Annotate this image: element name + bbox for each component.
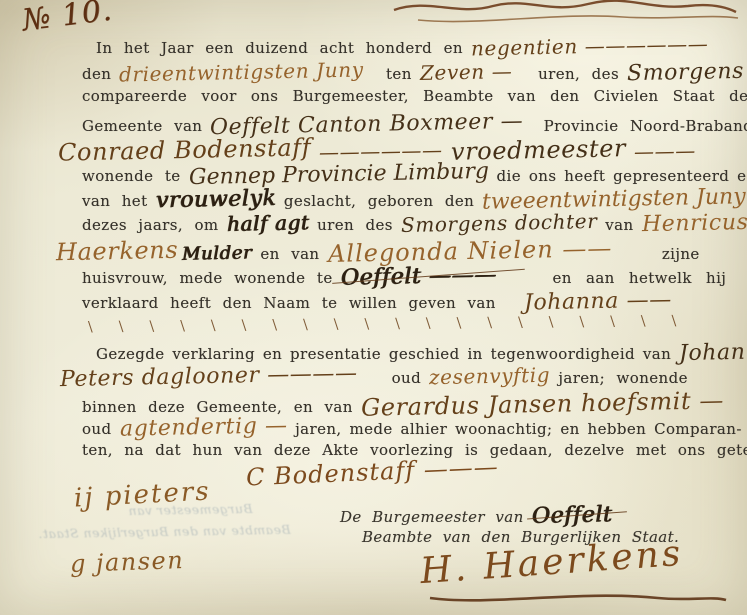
- act-line-2: den drieentwintigsten Juny ten Zeven — u…: [82, 60, 744, 85]
- closing-line-1: De Burgemeester van Oeffelt: [340, 503, 612, 528]
- printed-wonende-te: wonende te: [82, 167, 181, 185]
- written-daypart: Smorgens: [627, 59, 745, 86]
- act-line-4: Gemeente van Oeffelt Canton Boxmeer — Pr…: [82, 112, 747, 137]
- act-line-15: binnen deze Gemeente, en van Gerardus Ja…: [82, 390, 724, 418]
- written-father-surname: Haerkens: [56, 236, 179, 267]
- act-line-7: van het vrouwelyk geslacht, geboren den …: [82, 187, 746, 212]
- act-line-8: dezes jaars, om half agt uren des Smorge…: [82, 211, 747, 236]
- written-sex: vrouwelyk: [155, 186, 276, 214]
- written-year: negentien ——————: [471, 32, 709, 61]
- act-line-14: Peters daglooner ———— oud zesenvyftig ja…: [60, 364, 688, 389]
- written-daypart-child: Smorgens dochter: [401, 209, 598, 237]
- act-line-5: Conraed Bodenstaff —————— vroedmeester —…: [58, 136, 696, 164]
- act-line-13: Gezegde verklaring en presentatie geschi…: [96, 340, 747, 365]
- printed-den: den: [82, 65, 111, 83]
- signature-jansen: g jansen: [70, 546, 185, 578]
- printed-en-aan-hetwelk: en aan hetwelk hij: [552, 269, 726, 287]
- printed-van-het: van het: [82, 192, 148, 210]
- printed-dezes-jaars: dezes jaars, om: [82, 216, 219, 234]
- written-witness2-age: agtendertig —: [119, 413, 287, 442]
- printed-province: Provincie Noord-Braband,: [544, 117, 747, 135]
- act-line-9: Haerkens Mulder en van Allegonda Nielen …: [56, 237, 700, 265]
- printed-uren-des: uren, des: [538, 65, 619, 83]
- printed-ten: ten: [386, 65, 412, 83]
- written-father-profession: Mulder: [182, 242, 253, 264]
- printed-presented-child: die ons heeft gepresenteerd een Kind: [497, 167, 747, 185]
- bleedthrough-text-1: Burgemeester van: [128, 501, 253, 518]
- written-witness1-firstname: Johannes: [679, 339, 747, 366]
- written-birth-hour: half agt: [226, 210, 309, 236]
- printed-compareerde: compareerde voor ons Burgemeester, Beamb…: [82, 87, 747, 105]
- printed-van-2: van: [605, 216, 633, 234]
- scanned-birth-act-page: № 10. In het Jaar een duizend acht honde…: [0, 0, 747, 615]
- act-line-6: wonende te Gennep Provincie Limburg die …: [82, 162, 747, 187]
- printed-name-clause: verklaard heeft den Naam te willen geven…: [82, 294, 496, 312]
- act-line-11: verklaard heeft den Naam te willen geven…: [82, 289, 672, 314]
- printed-comparanten-clause: jaren, mede alhier woonachtig; en hebben…: [295, 420, 742, 438]
- printed-oud-2: oud: [82, 420, 112, 438]
- printed-binnen-gemeente: binnen deze Gemeente, en van: [82, 398, 353, 416]
- written-act-date: drieentwintigsten Juny: [119, 57, 364, 86]
- printed-oud: oud: [392, 369, 422, 387]
- printed-zijne: zijne: [662, 245, 700, 263]
- act-line-10: huisvrouw, mede wonende te Oeffelt ——— e…: [82, 264, 726, 289]
- act-line-3: compareerde voor ons Burgemeester, Beamb…: [82, 87, 747, 105]
- printed-huisvrouw: huisvrouw, mede wonende te: [82, 269, 333, 287]
- written-witness1-surname-profession: Peters daglooner ————: [60, 361, 358, 392]
- written-child-name: Johanna ——: [524, 287, 672, 315]
- written-residence-2: Oeffelt ———: [340, 262, 496, 290]
- signature-underline-flourish: [428, 588, 728, 608]
- printed-jaren-wonende: jaren; wonende: [558, 369, 688, 387]
- written-witness1-age: zesenvyftig: [429, 363, 551, 390]
- printed-burgemeester-van: De Burgemeester van: [340, 508, 524, 526]
- written-hour: Zeven —: [420, 59, 513, 85]
- printed-year-intro: In het Jaar een duizend acht honderd en: [96, 39, 463, 57]
- printed-gemeente-van: Gemeente van: [82, 117, 202, 135]
- written-burgemeester-place: Oeffelt: [531, 502, 612, 529]
- pen-rule-dash: ———: [634, 138, 696, 163]
- bleedthrough-text-2: Beambte van den Burgerlijken Staat.: [38, 522, 291, 541]
- act-line-16: oud agtendertig — jaren, mede alhier woo…: [82, 415, 742, 440]
- pen-filler-marks: \\\\\\\\\\\\\\\\\\\\: [88, 313, 702, 335]
- written-residence: Gennep Provincie Limburg: [188, 159, 488, 190]
- act-line-1: In het Jaar een duizend acht honderd en …: [96, 34, 708, 58]
- written-father-firstname: Henricus: [641, 210, 747, 237]
- printed-en-van: en van: [260, 245, 319, 263]
- printed-geslacht-geboren: geslacht, geboren den: [284, 192, 474, 210]
- act-number: № 10.: [20, 0, 114, 38]
- cutoff-signature-flourish: [388, 0, 740, 28]
- printed-witness-clause: Gezegde verklaring en presentatie geschi…: [96, 345, 671, 363]
- printed-uren-des-2: uren des: [317, 216, 393, 234]
